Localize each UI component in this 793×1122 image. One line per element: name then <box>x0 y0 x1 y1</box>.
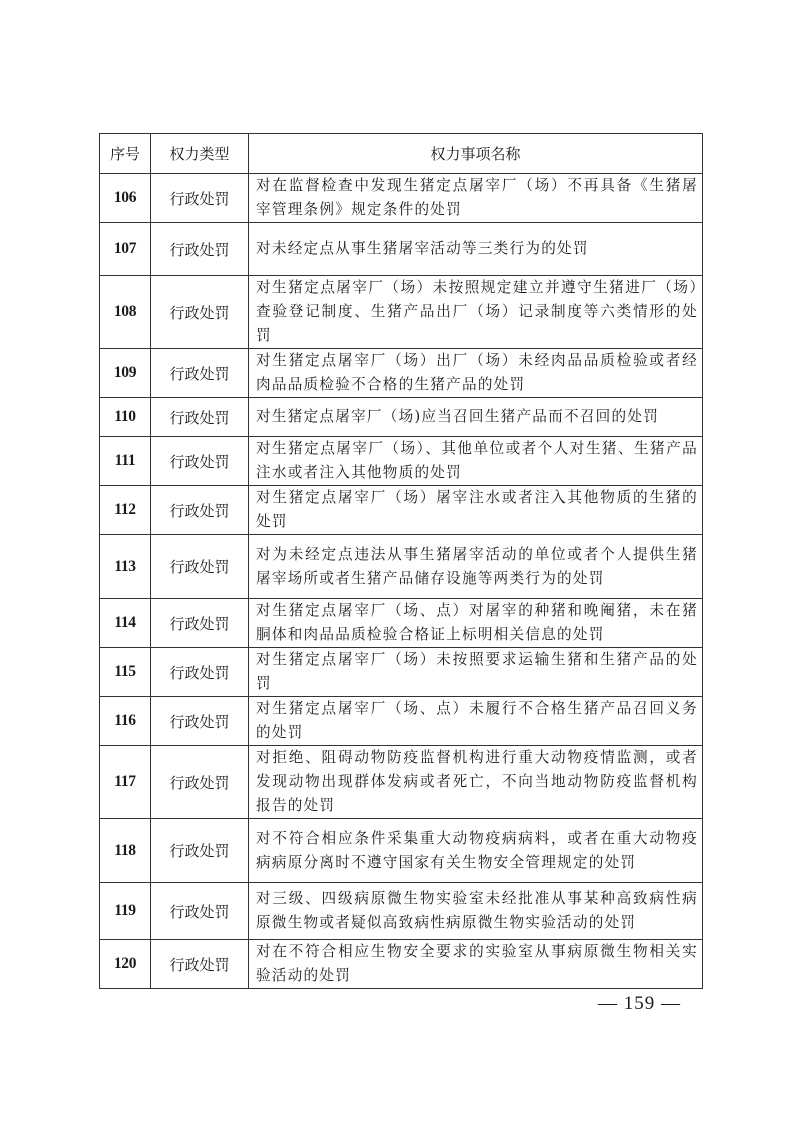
row-type: 行政处罚 <box>151 648 249 697</box>
row-type: 行政处罚 <box>151 819 249 883</box>
row-seq: 106 <box>100 174 151 223</box>
row-name: 对生猪定点屠宰厂（场）未按照规定建立并遵守生猪进厂（场）查验登记制度、生猪产品出… <box>249 276 703 349</box>
header-name: 权力事项名称 <box>249 134 703 174</box>
header-seq: 序号 <box>100 134 151 174</box>
row-seq: 117 <box>100 746 151 819</box>
row-seq: 114 <box>100 599 151 648</box>
row-seq: 111 <box>100 437 151 486</box>
header-type: 权力类型 <box>151 134 249 174</box>
row-name: 对拒绝、阻碍动物防疫监督机构进行重大动物疫情监测，或者发现动物出现群体发病或者死… <box>249 746 703 819</box>
table-row: 116行政处罚对生猪定点屠宰厂（场、点）未履行不合格生猪产品召回义务的处罚 <box>100 697 703 746</box>
table-row: 112行政处罚对生猪定点屠宰厂（场）屠宰注水或者注入其他物质的生猪的处罚 <box>100 486 703 535</box>
row-name: 对生猪定点屠宰厂（场）屠宰注水或者注入其他物质的生猪的处罚 <box>249 486 703 535</box>
row-type: 行政处罚 <box>151 599 249 648</box>
row-type: 行政处罚 <box>151 349 249 398</box>
row-seq: 113 <box>100 535 151 599</box>
row-type: 行政处罚 <box>151 535 249 599</box>
row-seq: 120 <box>100 940 151 989</box>
row-type: 行政处罚 <box>151 883 249 940</box>
row-name: 对在监督检查中发现生猪定点屠宰厂（场）不再具备《生猪屠宰管理条例》规定条件的处罚 <box>249 174 703 223</box>
table-row: 111行政处罚对生猪定点屠宰厂（场）、其他单位或者个人对生猪、生猪产品注水或者注… <box>100 437 703 486</box>
row-seq: 116 <box>100 697 151 746</box>
table-header-row: 序号 权力类型 权力事项名称 <box>100 134 703 174</box>
row-type: 行政处罚 <box>151 276 249 349</box>
row-name: 对不符合相应条件采集重大动物疫病病料，或者在重大动物疫病病原分离时不遵守国家有关… <box>249 819 703 883</box>
table-row: 114行政处罚对生猪定点屠宰厂（场、点）对屠宰的种猪和晚阉猪，未在猪胴体和肉品品… <box>100 599 703 648</box>
table-row: 109行政处罚对生猪定点屠宰厂（场）出厂（场）未经肉品品质检验或者经肉品品质检验… <box>100 349 703 398</box>
table-row: 120行政处罚对在不符合相应生物安全要求的实验室从事病原微生物相关实验活动的处罚 <box>100 940 703 989</box>
row-type: 行政处罚 <box>151 940 249 989</box>
row-type: 行政处罚 <box>151 174 249 223</box>
row-seq: 110 <box>100 398 151 437</box>
row-type: 行政处罚 <box>151 486 249 535</box>
row-name: 对为未经定点违法从事生猪屠宰活动的单位或者个人提供生猪屠宰场所或者生猪产品储存设… <box>249 535 703 599</box>
row-seq: 109 <box>100 349 151 398</box>
table-row: 108行政处罚对生猪定点屠宰厂（场）未按照规定建立并遵守生猪进厂（场）查验登记制… <box>100 276 703 349</box>
row-name: 对未经定点从事生猪屠宰活动等三类行为的处罚 <box>249 223 703 276</box>
table-row: 107行政处罚对未经定点从事生猪屠宰活动等三类行为的处罚 <box>100 223 703 276</box>
row-name: 对三级、四级病原微生物实验室未经批准从事某种高致病性病原微生物或者疑似高致病性病… <box>249 883 703 940</box>
row-name: 对生猪定点屠宰厂（场、点）未履行不合格生猪产品召回义务的处罚 <box>249 697 703 746</box>
row-seq: 112 <box>100 486 151 535</box>
row-type: 行政处罚 <box>151 746 249 819</box>
row-seq: 107 <box>100 223 151 276</box>
table-row: 115行政处罚对生猪定点屠宰厂（场）未按照要求运输生猪和生猪产品的处罚 <box>100 648 703 697</box>
row-name: 对生猪定点屠宰厂（场）未按照要求运输生猪和生猪产品的处罚 <box>249 648 703 697</box>
row-type: 行政处罚 <box>151 398 249 437</box>
row-name: 对在不符合相应生物安全要求的实验室从事病原微生物相关实验活动的处罚 <box>249 940 703 989</box>
row-name: 对生猪定点屠宰厂（场）出厂（场）未经肉品品质检验或者经肉品品质检验不合格的生猪产… <box>249 349 703 398</box>
page-number: — 159 — <box>598 993 681 1015</box>
row-name: 对生猪定点屠宰厂（场、点）对屠宰的种猪和晚阉猪，未在猪胴体和肉品品质检验合格证上… <box>249 599 703 648</box>
row-name: 对生猪定点屠宰厂（场）、其他单位或者个人对生猪、生猪产品注水或者注入其他物质的处… <box>249 437 703 486</box>
table-row: 118行政处罚对不符合相应条件采集重大动物疫病病料，或者在重大动物疫病病原分离时… <box>100 819 703 883</box>
row-seq: 115 <box>100 648 151 697</box>
row-type: 行政处罚 <box>151 697 249 746</box>
row-seq: 119 <box>100 883 151 940</box>
row-type: 行政处罚 <box>151 223 249 276</box>
row-type: 行政处罚 <box>151 437 249 486</box>
row-seq: 108 <box>100 276 151 349</box>
row-seq: 118 <box>100 819 151 883</box>
table-row: 106行政处罚对在监督检查中发现生猪定点屠宰厂（场）不再具备《生猪屠宰管理条例》… <box>100 174 703 223</box>
table-row: 119行政处罚对三级、四级病原微生物实验室未经批准从事某种高致病性病原微生物或者… <box>100 883 703 940</box>
table-row: 113行政处罚对为未经定点违法从事生猪屠宰活动的单位或者个人提供生猪屠宰场所或者… <box>100 535 703 599</box>
table-row: 110行政处罚对生猪定点屠宰厂（场)应当召回生猪产品而不召回的处罚 <box>100 398 703 437</box>
power-list-table: 序号 权力类型 权力事项名称 106行政处罚对在监督检查中发现生猪定点屠宰厂（场… <box>99 133 703 989</box>
table-row: 117行政处罚对拒绝、阻碍动物防疫监督机构进行重大动物疫情监测，或者发现动物出现… <box>100 746 703 819</box>
row-name: 对生猪定点屠宰厂（场)应当召回生猪产品而不召回的处罚 <box>249 398 703 437</box>
